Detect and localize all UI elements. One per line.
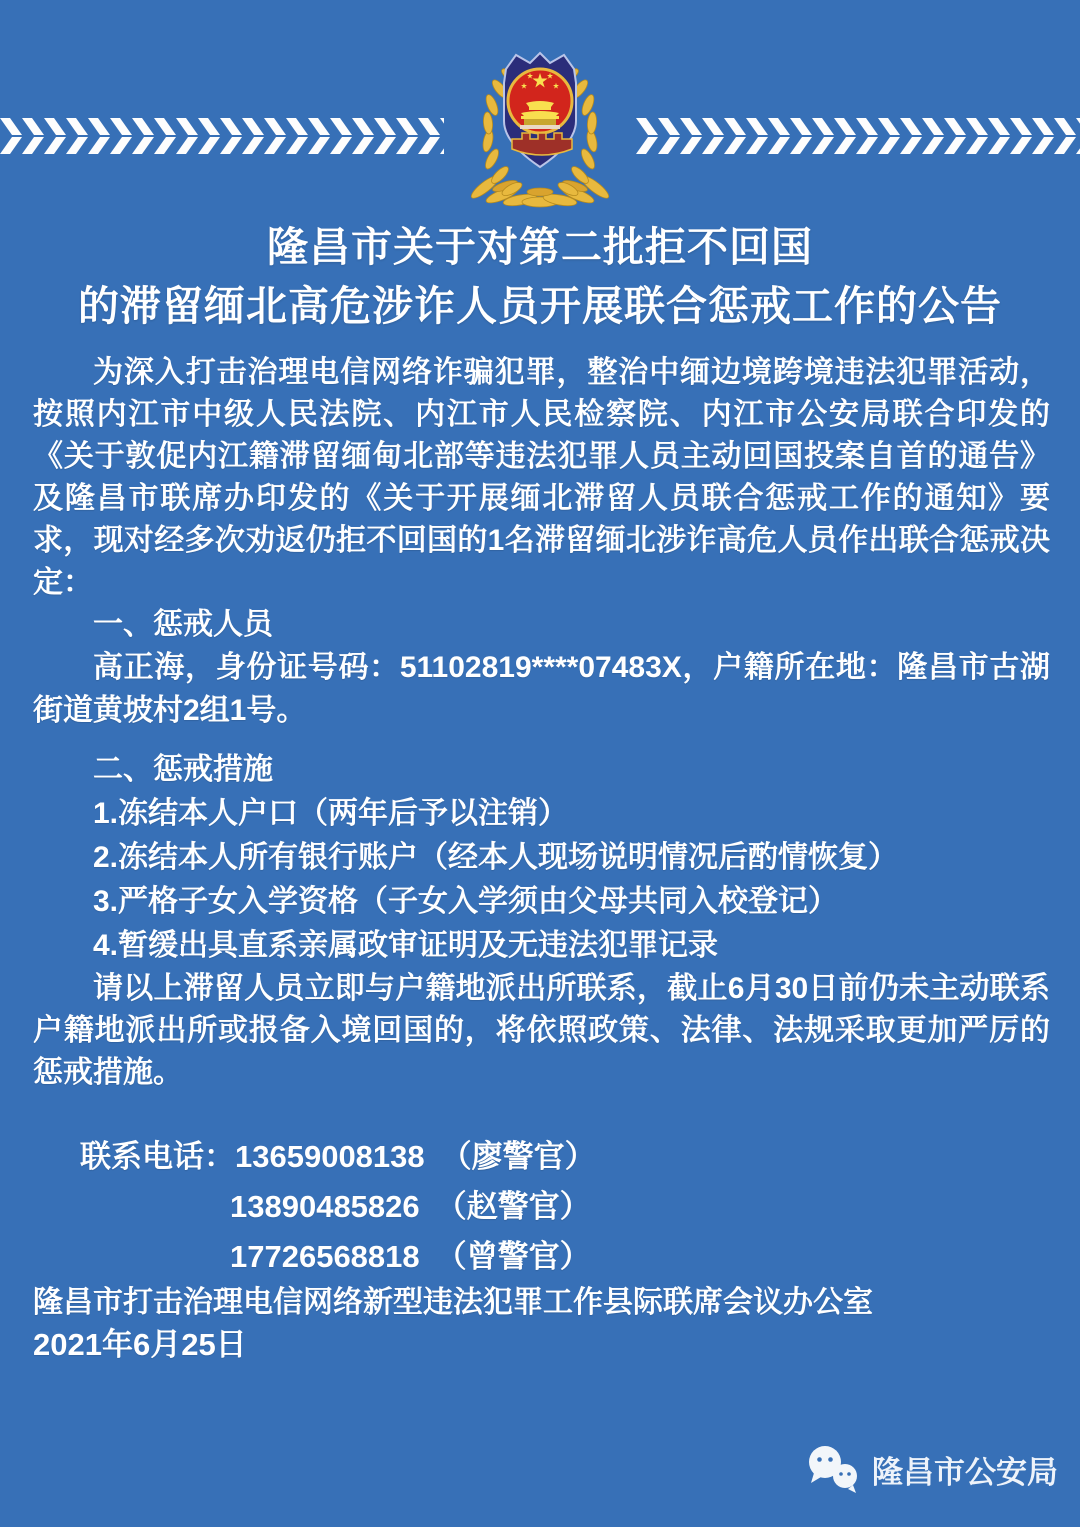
notice-title-line1: 隆昌市关于对第二批拒不回国 <box>0 218 1080 277</box>
contact-block: 联系电话： 13659008138 （廖警官） 13890485826 （赵警官… <box>33 1132 1050 1282</box>
phone-number: 17726568818 <box>230 1232 420 1282</box>
person-info: 高正海，身份证号码：51102819****07483X，户籍所在地：隆昌市古湖… <box>33 646 1050 732</box>
measure-item-3: 3.严格子女入学资格（子女入学须由父母共同入校登记） <box>33 880 1050 924</box>
phone-number: 13890485826 <box>230 1182 420 1232</box>
wechat-icon <box>804 1443 862 1495</box>
section1-heading: 一、惩戒人员 <box>33 604 1050 646</box>
footer-account-name: 隆昌市公安局 <box>872 1447 1058 1492</box>
contact-label: 联系电话： <box>80 1132 235 1182</box>
phone-number: 13659008138 <box>235 1132 425 1182</box>
measure-item-2: 2.冻结本人所有银行账户（经本人现场说明情况后酌情恢复） <box>33 836 1050 880</box>
issuing-office: 隆昌市打击治理电信网络新型违法犯罪工作县际联席会议办公室 <box>33 1282 1050 1324</box>
chevron-right-band-icon <box>636 116 1080 156</box>
notice-poster: 隆昌市关于对第二批拒不回国 的滞留缅北高危涉诈人员开展联合惩戒工作的公告 为深入… <box>0 0 1080 1527</box>
notice-title-line2: 的滞留缅北高危涉诈人员开展联合惩戒工作的公告 <box>0 277 1080 336</box>
officer-name: （曾警官） <box>436 1232 591 1282</box>
contact-row: 17726568818 （曾警官） <box>33 1232 1050 1282</box>
measure-item-1: 1.冻结本人户口（两年后予以注销） <box>33 792 1050 836</box>
contact-row: 13890485826 （赵警官） <box>33 1182 1050 1232</box>
police-badge-icon <box>450 38 630 210</box>
notice-body: 为深入打击治理电信网络诈骗犯罪，整治中缅边境跨境违法犯罪活动，按照内江市中级人民… <box>33 352 1050 1366</box>
measure-item-4: 4.暂缓出具直系亲属政审证明及无违法犯罪记录 <box>33 924 1050 968</box>
intro-paragraph: 为深入打击治理电信网络诈骗犯罪，整治中缅边境跨境违法犯罪活动，按照内江市中级人民… <box>33 352 1050 604</box>
section2-heading: 二、惩戒措施 <box>33 748 1050 792</box>
notice-title: 隆昌市关于对第二批拒不回国 的滞留缅北高危涉诈人员开展联合惩戒工作的公告 <box>0 218 1080 336</box>
warning-paragraph: 请以上滞留人员立即与户籍地派出所联系，截止6月30日前仍未主动联系户籍地派出所或… <box>33 968 1050 1094</box>
issue-date: 2021年6月25日 <box>33 1324 1050 1366</box>
officer-name: （廖警官） <box>441 1132 596 1182</box>
officer-name: （赵警官） <box>436 1182 591 1232</box>
chevron-right-band-icon <box>0 116 444 156</box>
footer-account: 隆昌市公安局 <box>804 1443 1058 1495</box>
measures-section: 二、惩戒措施 1.冻结本人户口（两年后予以注销） 2.冻结本人所有银行账户（经本… <box>33 748 1050 968</box>
contact-row: 联系电话： 13659008138 （廖警官） <box>33 1132 1050 1182</box>
